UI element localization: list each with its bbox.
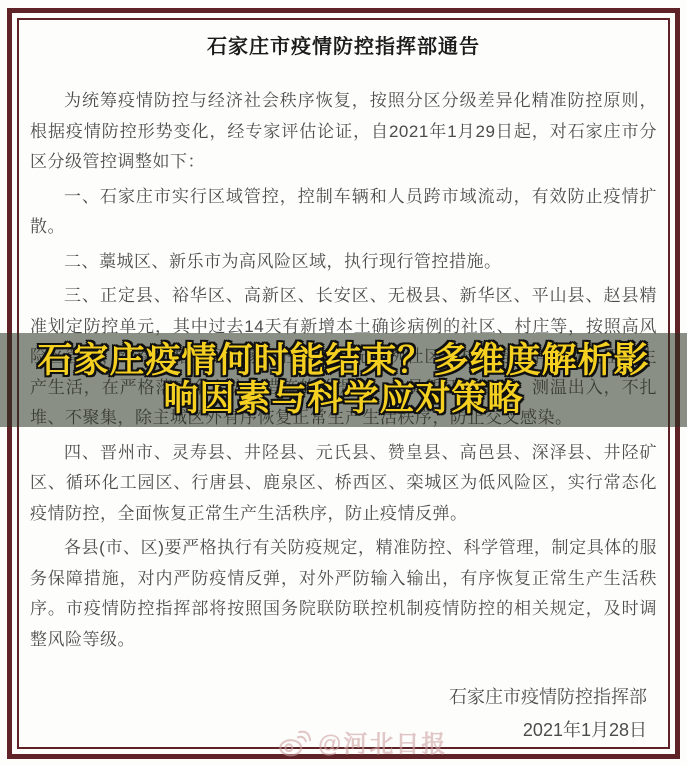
headline-line-1: 石家庄疫情何时能结束？多维度解析影 <box>37 342 649 380</box>
notice-paragraph: 各县(市、区)要严格执行有关防疫规定，精准防控、科学管理，制定具体的服务保障措施… <box>30 533 657 655</box>
notice-title: 石家庄市疫情防控指挥部通告 <box>30 32 657 62</box>
weibo-icon <box>278 728 312 758</box>
notice-paragraph: 为统筹疫情防控与经济社会秩序恢复，按照分区分级差异化精准防控原则，根据疫情防控形… <box>30 86 657 178</box>
notice-paragraph: 四、晋州市、灵寿县、井陉县、元氏县、赞皇县、高邑县、深泽县、井陉矿区、循环化工园… <box>30 438 657 530</box>
notice-paragraph: 一、石家庄市实行区域管控，控制车辆和人员跨市域流动，有效防止疫情扩散。 <box>30 182 657 243</box>
headline-line-2: 响因素与科学应对策略 <box>163 380 523 418</box>
notice-paragraph: 二、藁城区、新乐市为高风险区域，执行现行管控措施。 <box>30 247 657 278</box>
headline-overlay-band: 石家庄疫情何时能结束？多维度解析影 响因素与科学应对策略 <box>0 333 687 427</box>
watermark-handle: @河北日报 <box>318 732 447 758</box>
notice-page: 石家庄市疫情防控指挥部通告 为统筹疫情防控与经济社会秩序恢复，按照分区分级差异化… <box>0 0 687 765</box>
signature-issuer: 石家庄市疫情防控指挥部 <box>30 681 647 714</box>
watermark: @河北日报 <box>278 728 447 758</box>
